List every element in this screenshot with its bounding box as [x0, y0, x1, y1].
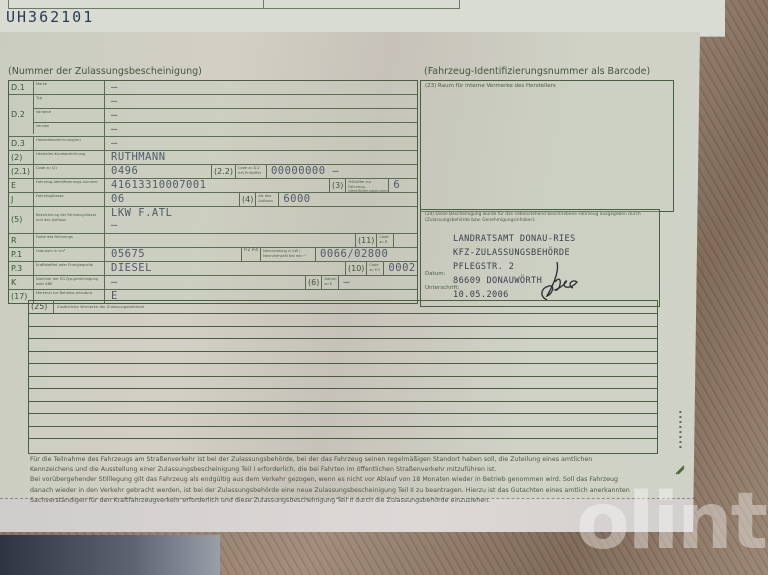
field-code: E [9, 179, 34, 192]
remarks-line [29, 402, 657, 415]
remarks-line [29, 414, 657, 427]
field-d2: D.2 Typ – Variante – Version – [9, 95, 417, 137]
field-label: Datum zu K [322, 276, 339, 289]
field-code: R [9, 234, 34, 247]
legal-notice-line: Für die Teilnahme des Fahrzeugs am Straß… [30, 455, 655, 465]
field-label: Handelsbezeichnung(en) [34, 137, 105, 150]
field-value: – [105, 276, 417, 289]
field-label: Nummer der EG-Typ-genehmigung oder ABE [34, 276, 105, 289]
field-10-fuel-code: (10) Code zu P.3 0002 [345, 262, 416, 275]
field-5-class-description: (5) Bezeichnung der Fahrzeug-klasse und … [9, 207, 417, 234]
field-label: Code zu R [377, 234, 394, 247]
field-code: (6) [306, 276, 322, 289]
remarks-line [29, 352, 657, 365]
field-value: – [105, 95, 417, 108]
legal-notice-line: Kennzeichens und die Ausstellung einer Z… [30, 465, 655, 475]
underlying-page-divider [263, 0, 459, 8]
remarks-line [29, 439, 657, 451]
field-p1-displacement: P.1 Hubraum in cm³ 05675 P.2 P.4 Nennlei… [9, 248, 417, 262]
field-2-1-code: (2.1) Code zu (2) 0496 (2.2) Code zu D.2… [9, 165, 417, 179]
field-value: 0002 [384, 262, 415, 275]
remarks-line [29, 389, 657, 402]
field-label: Farbe des Fahrzeugs [34, 234, 105, 247]
field-value: 0066/02800 [316, 248, 388, 261]
legal-notice: Für die Teilnahme des Fahrzeugs am Straß… [30, 455, 655, 506]
field-code: P.1 [9, 248, 34, 261]
field-code: (11) [356, 234, 377, 247]
field-code: (5) [9, 207, 34, 233]
field-code: K [9, 276, 34, 289]
remarks-header: (25) Zusätzliche Vermerke der Zulassungs… [29, 301, 657, 314]
field-value: RUTHMANN [105, 151, 417, 164]
field-6-date: (6) Datum zu K – [305, 276, 350, 289]
legal-notice-line: danach wieder in den Verkehr gebracht we… [30, 486, 655, 496]
field-11-color-code: (11) Code zu R [355, 234, 398, 247]
field-code: (4) [240, 193, 256, 206]
field-code: (3) [330, 179, 346, 192]
field-d2-variante: Variante – [34, 109, 417, 123]
certificate-number: UH362101 [6, 8, 94, 26]
remarks-line [29, 364, 657, 377]
field-d2-typ: Typ – [34, 95, 417, 109]
date-label: Datum: [425, 271, 445, 277]
field-label: Fahrzeugklasse [34, 193, 105, 206]
field-label: Hubraum in cm³ [34, 248, 105, 261]
field-label: Bezeichnung der Fahrzeug-klasse und des … [34, 207, 105, 233]
remarks-line [29, 377, 657, 390]
field-2-2: (2.2) Code zu D.2 mit Prüfziffer 0000000… [211, 165, 339, 178]
field-value: – [339, 276, 350, 289]
field-code: J [9, 193, 34, 206]
issuing-authority-intro: (24) Diese Bescheinigung wurde für das n… [421, 210, 659, 225]
certificate-number-caption: (Nummer der Zulassungsbescheinigung) [8, 66, 202, 77]
field-value: – [105, 137, 417, 150]
field-label: Hersteller-Kurzbezeichnung [34, 151, 105, 164]
manufacturer-notes-title: (23) Raum für interne Vermerke des Herst… [421, 81, 673, 91]
field-value [394, 234, 398, 247]
additional-remarks-section: (25) Zusätzliche Vermerke der Zulassungs… [28, 300, 658, 454]
field-j-vehicle-class: J Fahrzeugklasse 06 (4) Art des Aufbaus … [9, 193, 417, 207]
underlying-page [0, 0, 725, 37]
field-code: (2.1) [9, 165, 34, 178]
field-code: D.2 [9, 95, 34, 134]
field-d1: D.1 Marke – [9, 81, 417, 95]
field-2-manufacturer: (2) Hersteller-Kurzbezeichnung RUTHMANN [9, 151, 417, 165]
field-label: Art des Aufbaus [256, 193, 279, 206]
field-value-secondary: – [111, 219, 417, 231]
field-label: Prüfziffer zur Fahrzeug-Identifizierungs… [346, 179, 389, 192]
remarks-line [29, 339, 657, 352]
legal-notice-line: Sachverständigen für den Kraftfahrzeugve… [30, 496, 655, 506]
manufacturer-notes-box: (23) Raum für interne Vermerke des Herst… [420, 80, 674, 212]
field-value: 6000 [279, 193, 310, 206]
field-p2-p4-power: P.2 P.4 Nennleistung in kW / Nenndrehzah… [241, 248, 388, 261]
field-value: – [105, 109, 417, 122]
vehicle-data-table: D.1 Marke – D.2 Typ – Variante – Version… [8, 80, 418, 304]
field-label: Zusätzliche Vermerke der Zulassungsbehör… [54, 301, 147, 313]
field-code: (2) [9, 151, 34, 164]
field-value: – [105, 81, 417, 94]
field-value: 6 [389, 179, 400, 192]
form-side-print: ▪▪▪▪▪▪▪▪ [678, 300, 684, 450]
field-label: Kraftstoffart oder Energiequelle [34, 262, 105, 275]
field-p3-fuel: P.3 Kraftstoffart oder Energiequelle DIE… [9, 262, 417, 276]
field-code: D.3 [9, 137, 34, 150]
field-code: (25) [29, 301, 54, 313]
security-mark-icon [675, 465, 685, 475]
remarks-line [29, 314, 657, 327]
field-label: Typ [34, 95, 105, 108]
field-label: Fahrzeug-Identifizierungs-nummer [34, 179, 105, 192]
field-label: Nennleistung in kW / Nenndrehzahl bei mi… [261, 248, 316, 261]
field-label: Code zu D.2 mit Prüfziffer [236, 165, 267, 178]
watermark-logo: olint [576, 477, 766, 567]
field-d3: D.3 Handelsbezeichnung(en) – [9, 137, 417, 151]
field-label: Code zu (2) [34, 165, 105, 178]
field-label: Code zu P.3 [367, 262, 384, 275]
field-code: (2.2) [212, 165, 236, 178]
field-label: Variante [34, 109, 105, 122]
field-code: D.1 [9, 81, 34, 94]
field-value: 00000000 – [267, 165, 339, 178]
floor-background [0, 535, 220, 575]
field-e-vin: E Fahrzeug-Identifizierungs-nummer 41613… [9, 179, 417, 193]
field-value: – [105, 123, 417, 136]
signature-label: Unterschrift: [425, 285, 459, 291]
field-value: LKW F.ATL [111, 207, 417, 219]
field-4-body-type: (4) Art des Aufbaus 6000 [239, 193, 311, 206]
field-label: Version [34, 123, 105, 136]
stamp-line: LANDRATSAMT DONAU-RIES [453, 232, 576, 246]
field-value-group: LKW F.ATL – [105, 207, 417, 233]
field-code: P.3 [9, 262, 34, 275]
field-k-type-approval: K Nummer der EG-Typ-genehmigung oder ABE… [9, 276, 417, 290]
field-label: Marke [34, 81, 105, 94]
field-3-check-digit: (3) Prüfziffer zur Fahrzeug-Identifizier… [329, 179, 400, 192]
field-code: P.2 P.4 [242, 248, 261, 261]
legal-notice-line: Bei vorübergehender Stilllegung gilt das… [30, 475, 655, 485]
remarks-line [29, 327, 657, 340]
barcode-caption: (Fahrzeug-Identifizierungsnummer als Bar… [424, 66, 650, 77]
field-d2-version: Version – [34, 123, 417, 136]
field-r-color: R Farbe des Fahrzeugs (11) Code zu R [9, 234, 417, 248]
field-code: (10) [346, 262, 367, 275]
remarks-line [29, 427, 657, 440]
